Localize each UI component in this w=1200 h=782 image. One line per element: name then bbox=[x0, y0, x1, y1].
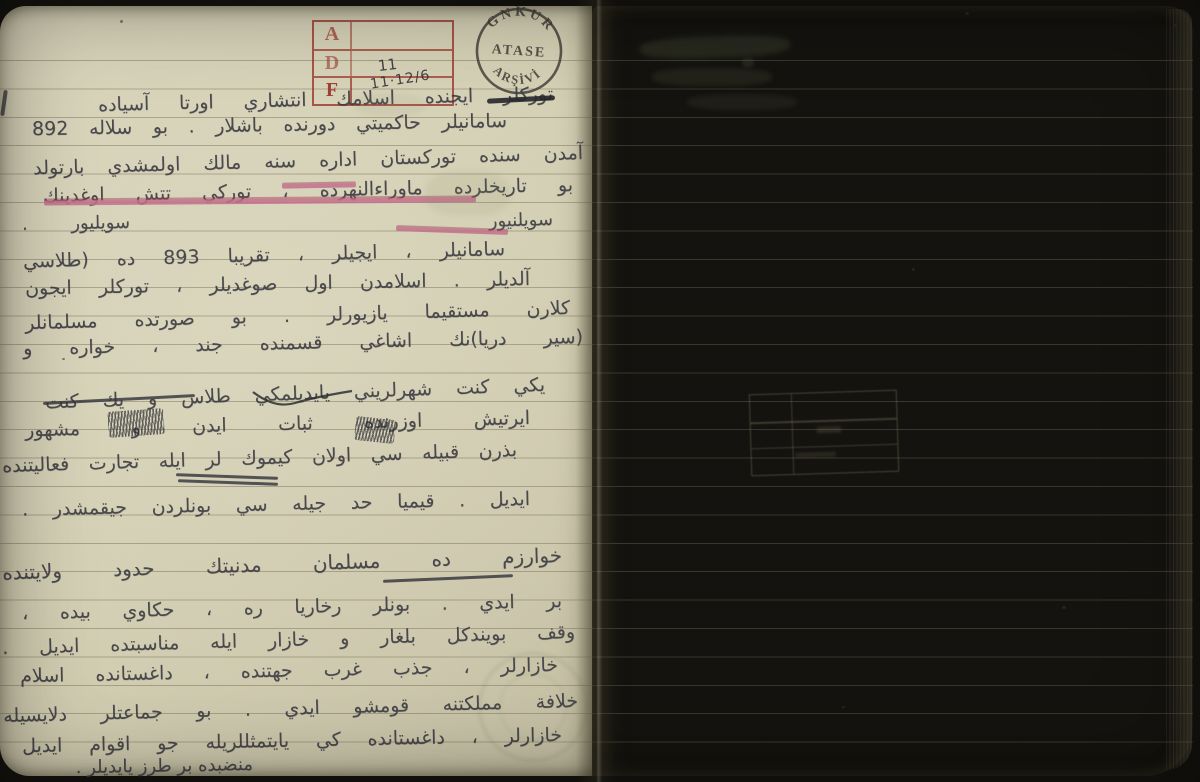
handwritten-line: آلديلر . اسلامدن اول صوغديلر ، توركلر اي… bbox=[25, 269, 530, 300]
check-stroke-mark bbox=[250, 386, 355, 410]
margin-pen-mark bbox=[0, 90, 8, 116]
table-row-a: A bbox=[314, 22, 452, 49]
handwritten-line: خازارلر ، جذب غرب جهتنده ، داغستانده اسل… bbox=[20, 655, 558, 687]
paper-speck bbox=[912, 268, 915, 271]
ghost-table-line bbox=[791, 394, 795, 474]
bleed-smudge bbox=[640, 33, 791, 60]
ghost-table-mark bbox=[816, 426, 840, 433]
paper-speck bbox=[842, 706, 845, 708]
handwritten-line: سويليور . bbox=[22, 213, 130, 235]
double-underline-kimok-1 bbox=[176, 473, 278, 479]
handwritten-line: سامانيلر ، ايجيلر ، تقريبا 893 ده (طلاسي bbox=[23, 239, 505, 273]
right-page bbox=[592, 6, 1193, 776]
handwritten-line: خازارلر ، داغستانده كي يايتمثللريله جو ا… bbox=[22, 725, 562, 757]
bleed-smudge bbox=[687, 94, 797, 110]
handwritten-line: ايرتيش اوزرنده ثبات ايدن و مشهور bbox=[25, 408, 530, 441]
double-underline-kimok-2 bbox=[178, 479, 278, 485]
stamp-text-middle: ATASE bbox=[491, 42, 547, 61]
bleed-smudge bbox=[652, 68, 772, 86]
ghost-table-bleed bbox=[749, 390, 900, 477]
bleed-smudge bbox=[742, 58, 754, 67]
crossed-out-word bbox=[107, 408, 165, 438]
handwritten-line: ايديل . قيميا حد جيله سي بونلردن جيقمشدر… bbox=[22, 489, 530, 521]
paper-speck bbox=[62, 358, 65, 360]
ghost-table-mark bbox=[795, 452, 835, 458]
ghost-table-line bbox=[751, 418, 897, 424]
ghost-table-line bbox=[751, 443, 897, 449]
handwritten-line: آمدن سنده توركستان اداره سنه مالك اولمشد… bbox=[33, 143, 583, 179]
paper-speck bbox=[965, 12, 969, 15]
handwritten-line: منضبده بر طرز يايديلر . bbox=[77, 755, 253, 778]
handwritten-line: بر ايدي . بونلر رخاريا ره ، حكاوي بيده ، bbox=[22, 591, 562, 624]
row-label-d: D bbox=[314, 51, 352, 76]
black-underline-khwarezm bbox=[383, 574, 513, 583]
page-edge-stack bbox=[1166, 9, 1192, 770]
handwritten-line: وقف بويندكل بلغار و خازار ايله مناسبتده … bbox=[2, 622, 575, 659]
stamp-text-top: GNKUR bbox=[484, 2, 559, 36]
paper-speck bbox=[1062, 606, 1066, 609]
archival-notebook-photo: { "stamp": { "top": "GNKUR", "middle": "… bbox=[0, 0, 1200, 782]
left-page: A D F 11 11·12/6 GNKUR ATASE ARŞİVİ تورك… bbox=[0, 6, 592, 776]
crossed-out-word bbox=[354, 416, 396, 444]
paper-speck bbox=[120, 20, 123, 23]
ghost-stamp-bleed bbox=[478, 652, 588, 762]
paper-speck bbox=[1174, 24, 1177, 27]
handwritten-line: بذرن قبيله سي اولان كيموك لر ايله تجارت … bbox=[2, 440, 517, 477]
row-label-a: A bbox=[314, 22, 352, 49]
